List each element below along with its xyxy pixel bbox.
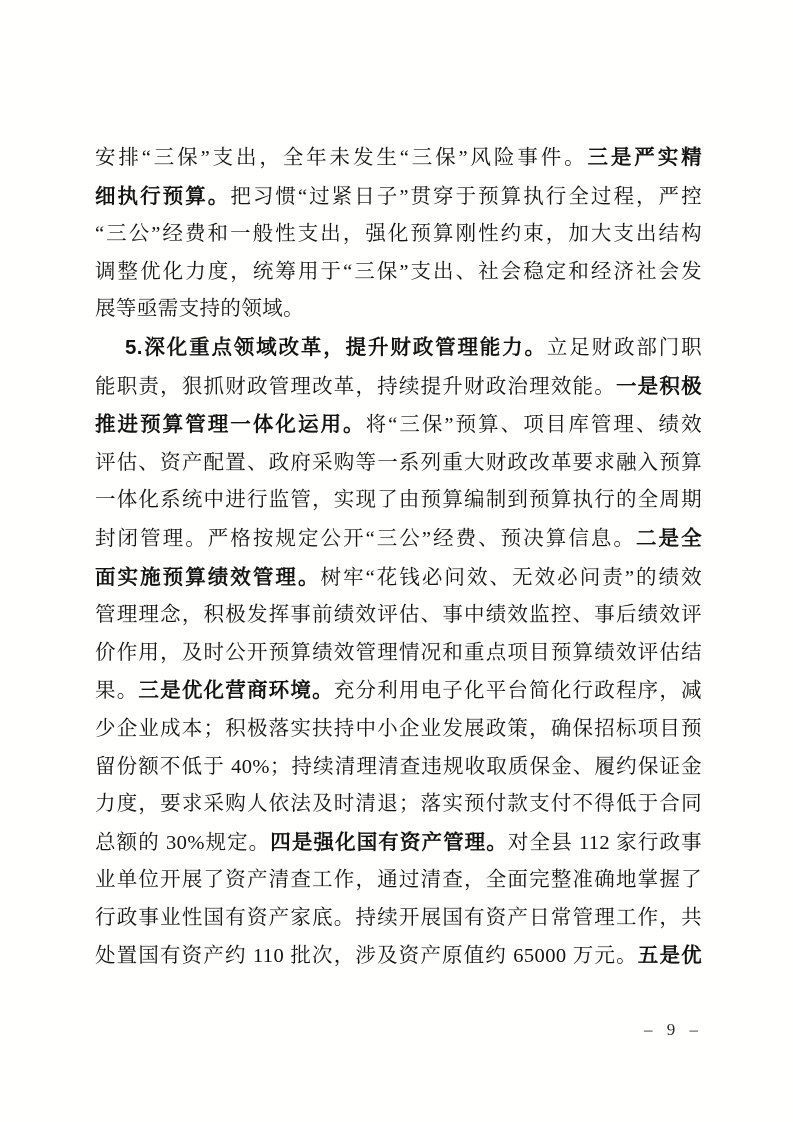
text-run: 将“三保”预算、项目库管理、绩效 bbox=[366, 414, 702, 436]
text-line: 面实施预算绩效管理。树牢“花钱必问效、无效必问责”的绩效 bbox=[95, 559, 702, 598]
text-line: 留份额不低于 40%；持续清理清查违规收取质保金、履约保证金 bbox=[95, 749, 702, 787]
text-line: 评估、资产配置、政府采购等一系列重大财政改革要求融入预算 bbox=[95, 445, 702, 483]
text-line: 处置国有资产约 110 批次，涉及资产原值约 65000 万元。五是优 bbox=[95, 937, 702, 976]
text-run: 调整优化力度，统筹用于“三保”支出、社会稳定和经济社会发 bbox=[95, 261, 702, 283]
text-run: 力度，要求采购人依法及时清退；落实预付款支付不得低于合同 bbox=[95, 793, 702, 815]
text-run: 价作用，及时公开预算绩效管理情况和重点项目预算绩效评估结 bbox=[95, 642, 702, 664]
text-line: 推进预算管理一体化运用。将“三保”预算、项目库管理、绩效 bbox=[95, 406, 702, 445]
document-body: 安排“三保”支出，全年未发生“三保”风险事件。三是严实精细执行预算。把习惯“过紧… bbox=[95, 139, 702, 976]
document-page: 安排“三保”支出，全年未发生“三保”风险事件。三是严实精细执行预算。把习惯“过紧… bbox=[0, 0, 793, 1122]
text-line: 细执行预算。把习惯“过紧日子”贯穿于预算执行全过程，严控 bbox=[95, 178, 702, 217]
text-run: 封闭管理。严格按规定公开“三公”经费、预决算信息。 bbox=[95, 528, 636, 550]
text-run: 评估、资产配置、政府采购等一系列重大财政改革要求融入预算 bbox=[95, 452, 702, 474]
text-line: 总额的 30%规定。四是强化国有资产管理。对全县 112 家行政事 bbox=[95, 824, 702, 863]
text-run: 把习惯“过紧日子”贯穿于预算执行全过程，严控 bbox=[230, 186, 702, 208]
bold-text-run: 推进预算管理一体化运用。 bbox=[95, 413, 366, 436]
text-line: 业单位开展了资产清查工作，通过清查，全面完整准确地掌握了 bbox=[95, 862, 702, 900]
text-run: 对全县 112 家行政事 bbox=[508, 832, 702, 854]
text-line: 管理理念，积极发挥事前绩效评估、事中绩效监控、事后绩效评 bbox=[95, 597, 702, 635]
bold-text-run: 二是全 bbox=[636, 527, 702, 550]
bold-text-run: 5.深化重点领域改革，提升财政管理能力。 bbox=[125, 336, 547, 359]
text-run: 充分利用电子化平台简化行政程序，减 bbox=[334, 680, 702, 702]
bold-text-run: 面实施预算绩效管理。 bbox=[95, 566, 321, 589]
text-run: 展等亟需支持的领域。 bbox=[95, 298, 304, 320]
bold-text-run: 四是强化国有资产管理。 bbox=[270, 831, 508, 854]
bold-text-run: 三是优化营商环境。 bbox=[138, 679, 333, 702]
text-line: 少企业成本；积极落实扶持中小企业发展政策，确保招标项目预 bbox=[95, 711, 702, 749]
text-run: “三公”经费和一般性支出，强化预算刚性约束，加大支出结构 bbox=[95, 223, 702, 245]
text-run: 一体化系统中进行监管，实现了由预算编制到预算执行的全周期 bbox=[95, 489, 702, 511]
text-run: 安排“三保”支出，全年未发生“三保”风险事件。 bbox=[95, 147, 588, 169]
bold-text-run: 五是优 bbox=[638, 944, 702, 967]
text-line: 安排“三保”支出，全年未发生“三保”风险事件。三是严实精 bbox=[95, 139, 702, 178]
text-run: 果。 bbox=[95, 680, 138, 702]
text-line: 果。三是优化营商环境。充分利用电子化平台简化行政程序，减 bbox=[95, 672, 702, 711]
text-run: 能职责，狠抓财政管理改革，持续提升财政治理效能。 bbox=[95, 376, 616, 398]
text-run: 少企业成本；积极落实扶持中小企业发展政策，确保招标项目预 bbox=[95, 718, 702, 740]
page-number: – 9 – bbox=[644, 1020, 703, 1040]
text-line: 行政事业性国有资产家底。持续开展国有资产日常管理工作，共 bbox=[95, 900, 702, 938]
text-line: 封闭管理。严格按规定公开“三公”经费、预决算信息。二是全 bbox=[95, 520, 702, 559]
text-run: 立足财政部门职 bbox=[547, 337, 702, 359]
text-run: 处置国有资产约 110 批次，涉及资产原值约 65000 万元。 bbox=[95, 945, 638, 967]
bold-text-run: 三是严实精 bbox=[588, 146, 702, 169]
text-run: 总额的 30%规定。 bbox=[95, 832, 270, 854]
text-line: “三公”经费和一般性支出，强化预算刚性约束，加大支出结构 bbox=[95, 216, 702, 254]
text-line: 价作用，及时公开预算绩效管理情况和重点项目预算绩效评估结 bbox=[95, 635, 702, 673]
text-line: 力度，要求采购人依法及时清退；落实预付款支付不得低于合同 bbox=[95, 786, 702, 824]
text-line: 调整优化力度，统筹用于“三保”支出、社会稳定和经济社会发 bbox=[95, 254, 702, 292]
text-run: 管理理念，积极发挥事前绩效评估、事中绩效监控、事后绩效评 bbox=[95, 604, 702, 626]
text-run: 行政事业性国有资产家底。持续开展国有资产日常管理工作，共 bbox=[95, 907, 702, 929]
text-line: 一体化系统中进行监管，实现了由预算编制到预算执行的全周期 bbox=[95, 482, 702, 520]
text-line: 5.深化重点领域改革，提升财政管理能力。立足财政部门职 bbox=[95, 329, 702, 368]
text-run: 业单位开展了资产清查工作，通过清查，全面完整准确地掌握了 bbox=[95, 869, 702, 891]
bold-text-run: 细执行预算。 bbox=[95, 185, 230, 208]
bold-text-run: 一是积极 bbox=[616, 375, 702, 398]
text-line: 能职责，狠抓财政管理改革，持续提升财政治理效能。一是积极 bbox=[95, 368, 702, 407]
text-line: 展等亟需支持的领域。 bbox=[95, 291, 702, 329]
text-run: 留份额不低于 40%；持续清理清查违规收取质保金、履约保证金 bbox=[95, 756, 702, 778]
text-run: 树牢“花钱必问效、无效必问责”的绩效 bbox=[321, 567, 702, 589]
